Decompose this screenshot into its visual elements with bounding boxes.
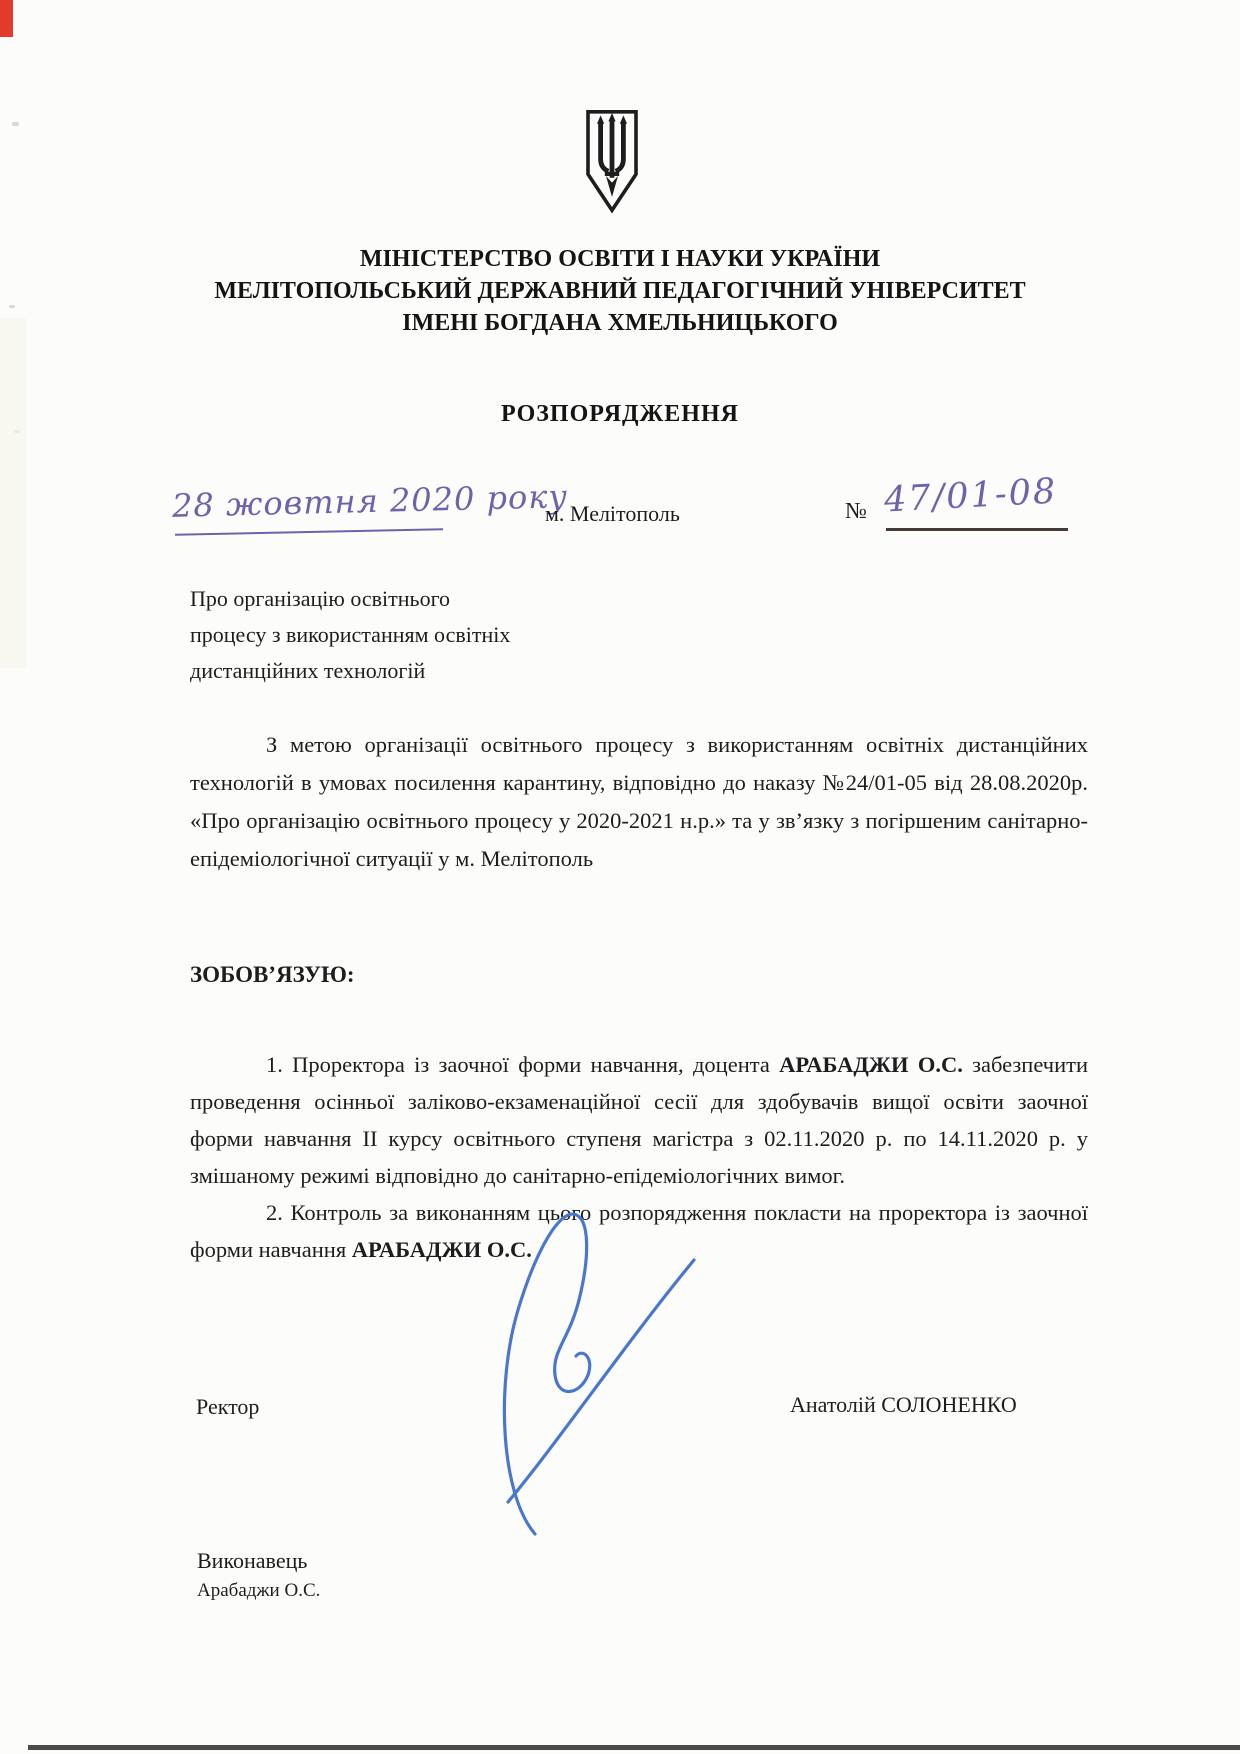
rector-position-label: Ректор [196, 1394, 259, 1420]
document-type-title: РОЗПОРЯДЖЕННЯ [60, 401, 1180, 428]
ukraine-trident-emblem-icon [582, 106, 642, 216]
scan-bottom-edge-gap [0, 1740, 28, 1750]
scan-bottom-edge-line [28, 1745, 1240, 1750]
ministry-line: МІНІСТЕРСТВО ОСВІТИ І НАУКИ УКРАЇНИ [60, 243, 1180, 275]
executor-label: Виконавець [197, 1548, 307, 1574]
scan-speck [12, 122, 19, 126]
handwritten-date: 28 жовтня 2020 року [172, 477, 569, 525]
city-label: м. Мелітополь [545, 501, 680, 527]
scan-edge-shading [0, 318, 26, 668]
item1-text-pre: 1. Проректора із заочної форми навчання,… [266, 1052, 779, 1077]
item1-responsible-name: АРАБАДЖИ О.С. [779, 1052, 963, 1077]
executor-name: Арабаджи О.С. [197, 1580, 320, 1602]
patron-line: ІМЕНІ БОГДАНА ХМЕЛЬНИЦЬКОГО [60, 307, 1180, 339]
university-header: МІНІСТЕРСТВО ОСВІТИ І НАУКИ УКРАЇНИ МЕЛІ… [60, 243, 1180, 339]
subject-line-3: дистанційних технологій [190, 653, 710, 689]
scan-speck [9, 305, 15, 308]
document-subject: Про організацію освітнього процесу з вик… [190, 581, 710, 689]
intro-paragraph: З метою організації освітнього процесу з… [190, 726, 1088, 878]
subject-line-1: Про організацію освітнього [190, 581, 710, 617]
number-underline [886, 528, 1068, 531]
subject-line-2: процесу з використанням освітніх [190, 617, 710, 653]
handwritten-document-number: 47/01-08 [883, 471, 1058, 520]
university-line: МЕЛІТОПОЛЬСЬКИЙ ДЕРЖАВНИЙ ПЕДАГОГІЧНИЙ У… [60, 275, 1180, 307]
obligate-heading: ЗОБОВ’ЯЗУЮ: [190, 962, 355, 988]
scan-red-corner-mark [0, 0, 13, 37]
scanned-document-page: МІНІСТЕРСТВО ОСВІТИ І НАУКИ УКРАЇНИ МЕЛІ… [0, 0, 1240, 1754]
number-sign: № [845, 498, 867, 524]
date-underline [175, 528, 443, 536]
rector-name: Анатолій СОЛОНЕНКО [790, 1392, 1017, 1418]
order-item-1: 1. Проректора із заочної форми навчання,… [190, 1046, 1088, 1194]
rector-signature [440, 1198, 700, 1538]
